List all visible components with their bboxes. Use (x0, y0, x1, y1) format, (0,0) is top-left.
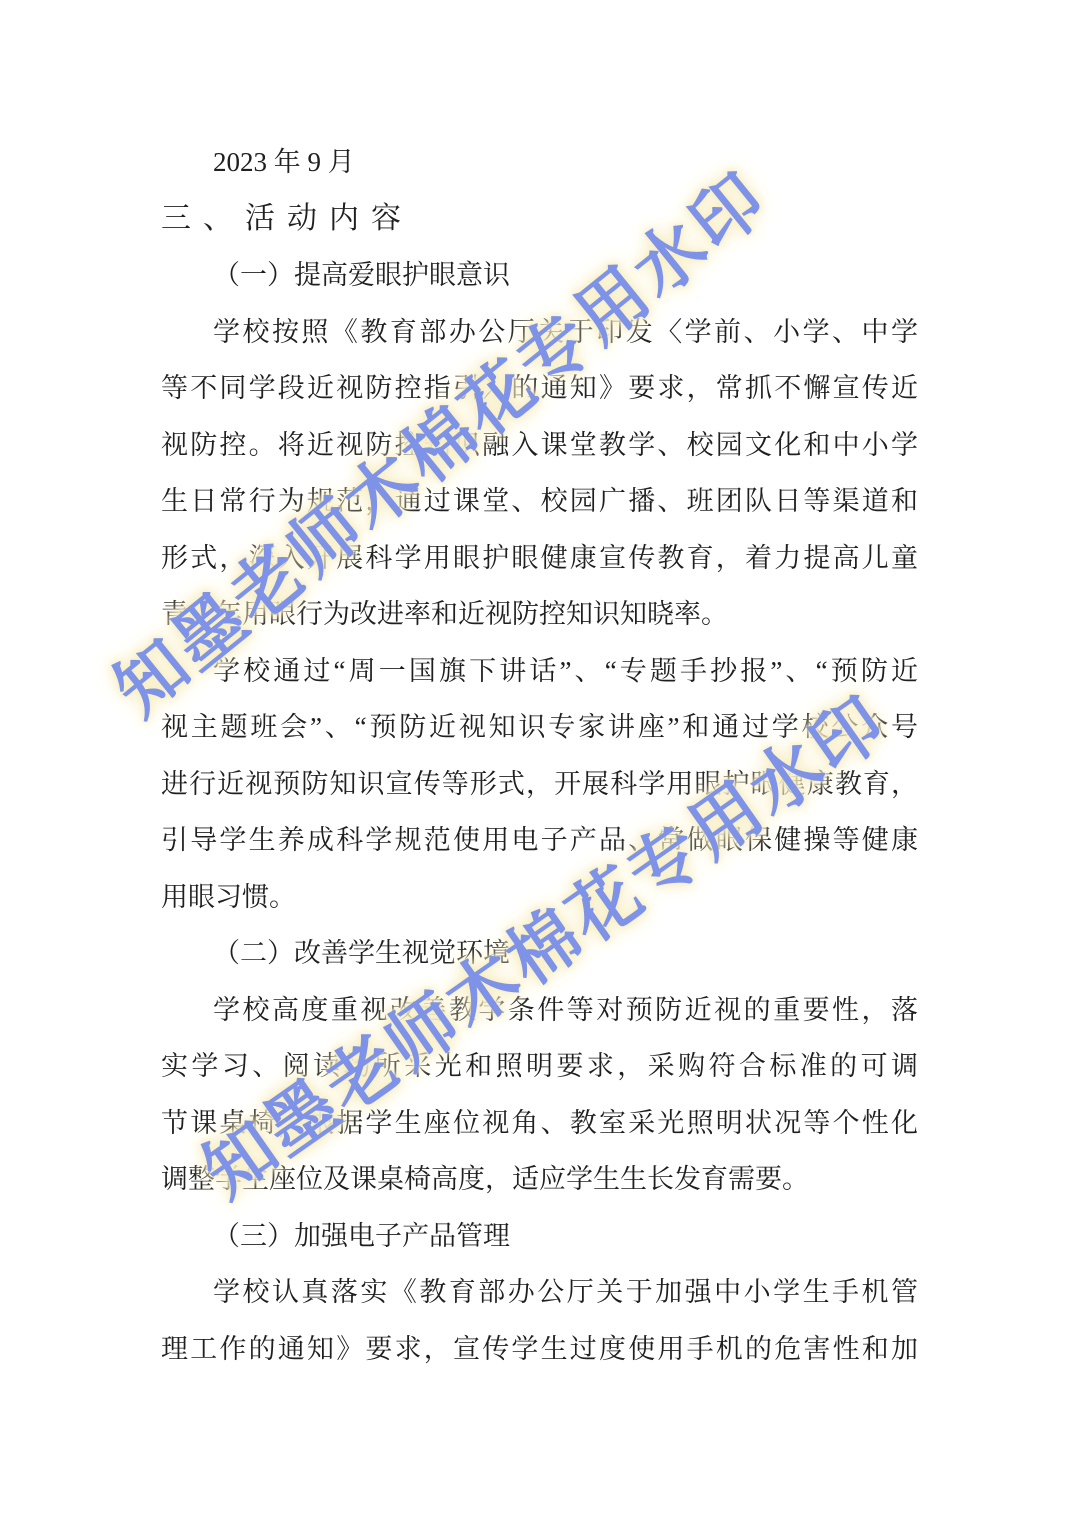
document-page: 2023 年 9 月三、活动内容（一）提高爱眼护眼意识学校按照《教育部办公厅关于… (0, 0, 1080, 1528)
text-line: 学校认真落实《教育部办公厅关于加强中小学生手机管 (161, 1264, 918, 1321)
text-line: 形式，深入开展科学用眼护眼健康宣传教育，着力提高儿童 (161, 530, 918, 587)
text-line: 视主题班会”、“预防近视知识专家讲座”和通过学校公众号 (161, 699, 918, 756)
text-line: 等不同学段近视防控指引〉的通知》要求，常抓不懈宣传近 (161, 360, 918, 417)
text-line: 青少年用眼行为改进率和近视防控知识知晓率。 (161, 586, 918, 643)
text-line: （二）改善学生视觉环境 (161, 925, 918, 982)
text-line: 实学习、阅读场所采光和照明要求，采购符合标准的可调 (161, 1038, 918, 1095)
text-line: 学校高度重视改善教学条件等对预防近视的重要性，落 (161, 982, 918, 1039)
text-line: 学校按照《教育部办公厅关于印发〈学前、小学、中学 (161, 304, 918, 361)
text-line: 理工作的通知》要求，宣传学生过度使用手机的危害性和加 (161, 1321, 918, 1378)
text-line: （一）提高爱眼护眼意识 (161, 247, 918, 304)
text-line: 进行近视预防知识宣传等形式，开展科学用眼护眼健康教育， (161, 756, 918, 813)
document-body: 2023 年 9 月三、活动内容（一）提高爱眼护眼意识学校按照《教育部办公厅关于… (161, 134, 918, 1377)
text-line: 生日常行为规范，通过课堂、校园广播、班团队日等渠道和 (161, 473, 918, 530)
text-line: 2023 年 9 月 (161, 134, 918, 191)
text-line: 用眼习惯。 (161, 869, 918, 926)
text-line: 调整学生座位及课桌椅高度，适应学生生长发育需要。 (161, 1151, 918, 1208)
text-line: 节课桌椅，根据学生座位视角、教室采光照明状况等个性化 (161, 1095, 918, 1152)
text-line: 视防控。将近视防控知识融入课堂教学、校园文化和中小学 (161, 417, 918, 474)
section-heading: 三、活动内容 (161, 191, 918, 248)
text-line: 学校通过“周一国旗下讲话”、“专题手抄报”、“预防近 (161, 643, 918, 700)
text-line: （三）加强电子产品管理 (161, 1208, 918, 1265)
text-line: 引导学生养成科学规范使用电子产品、常做眼保健操等健康 (161, 812, 918, 869)
